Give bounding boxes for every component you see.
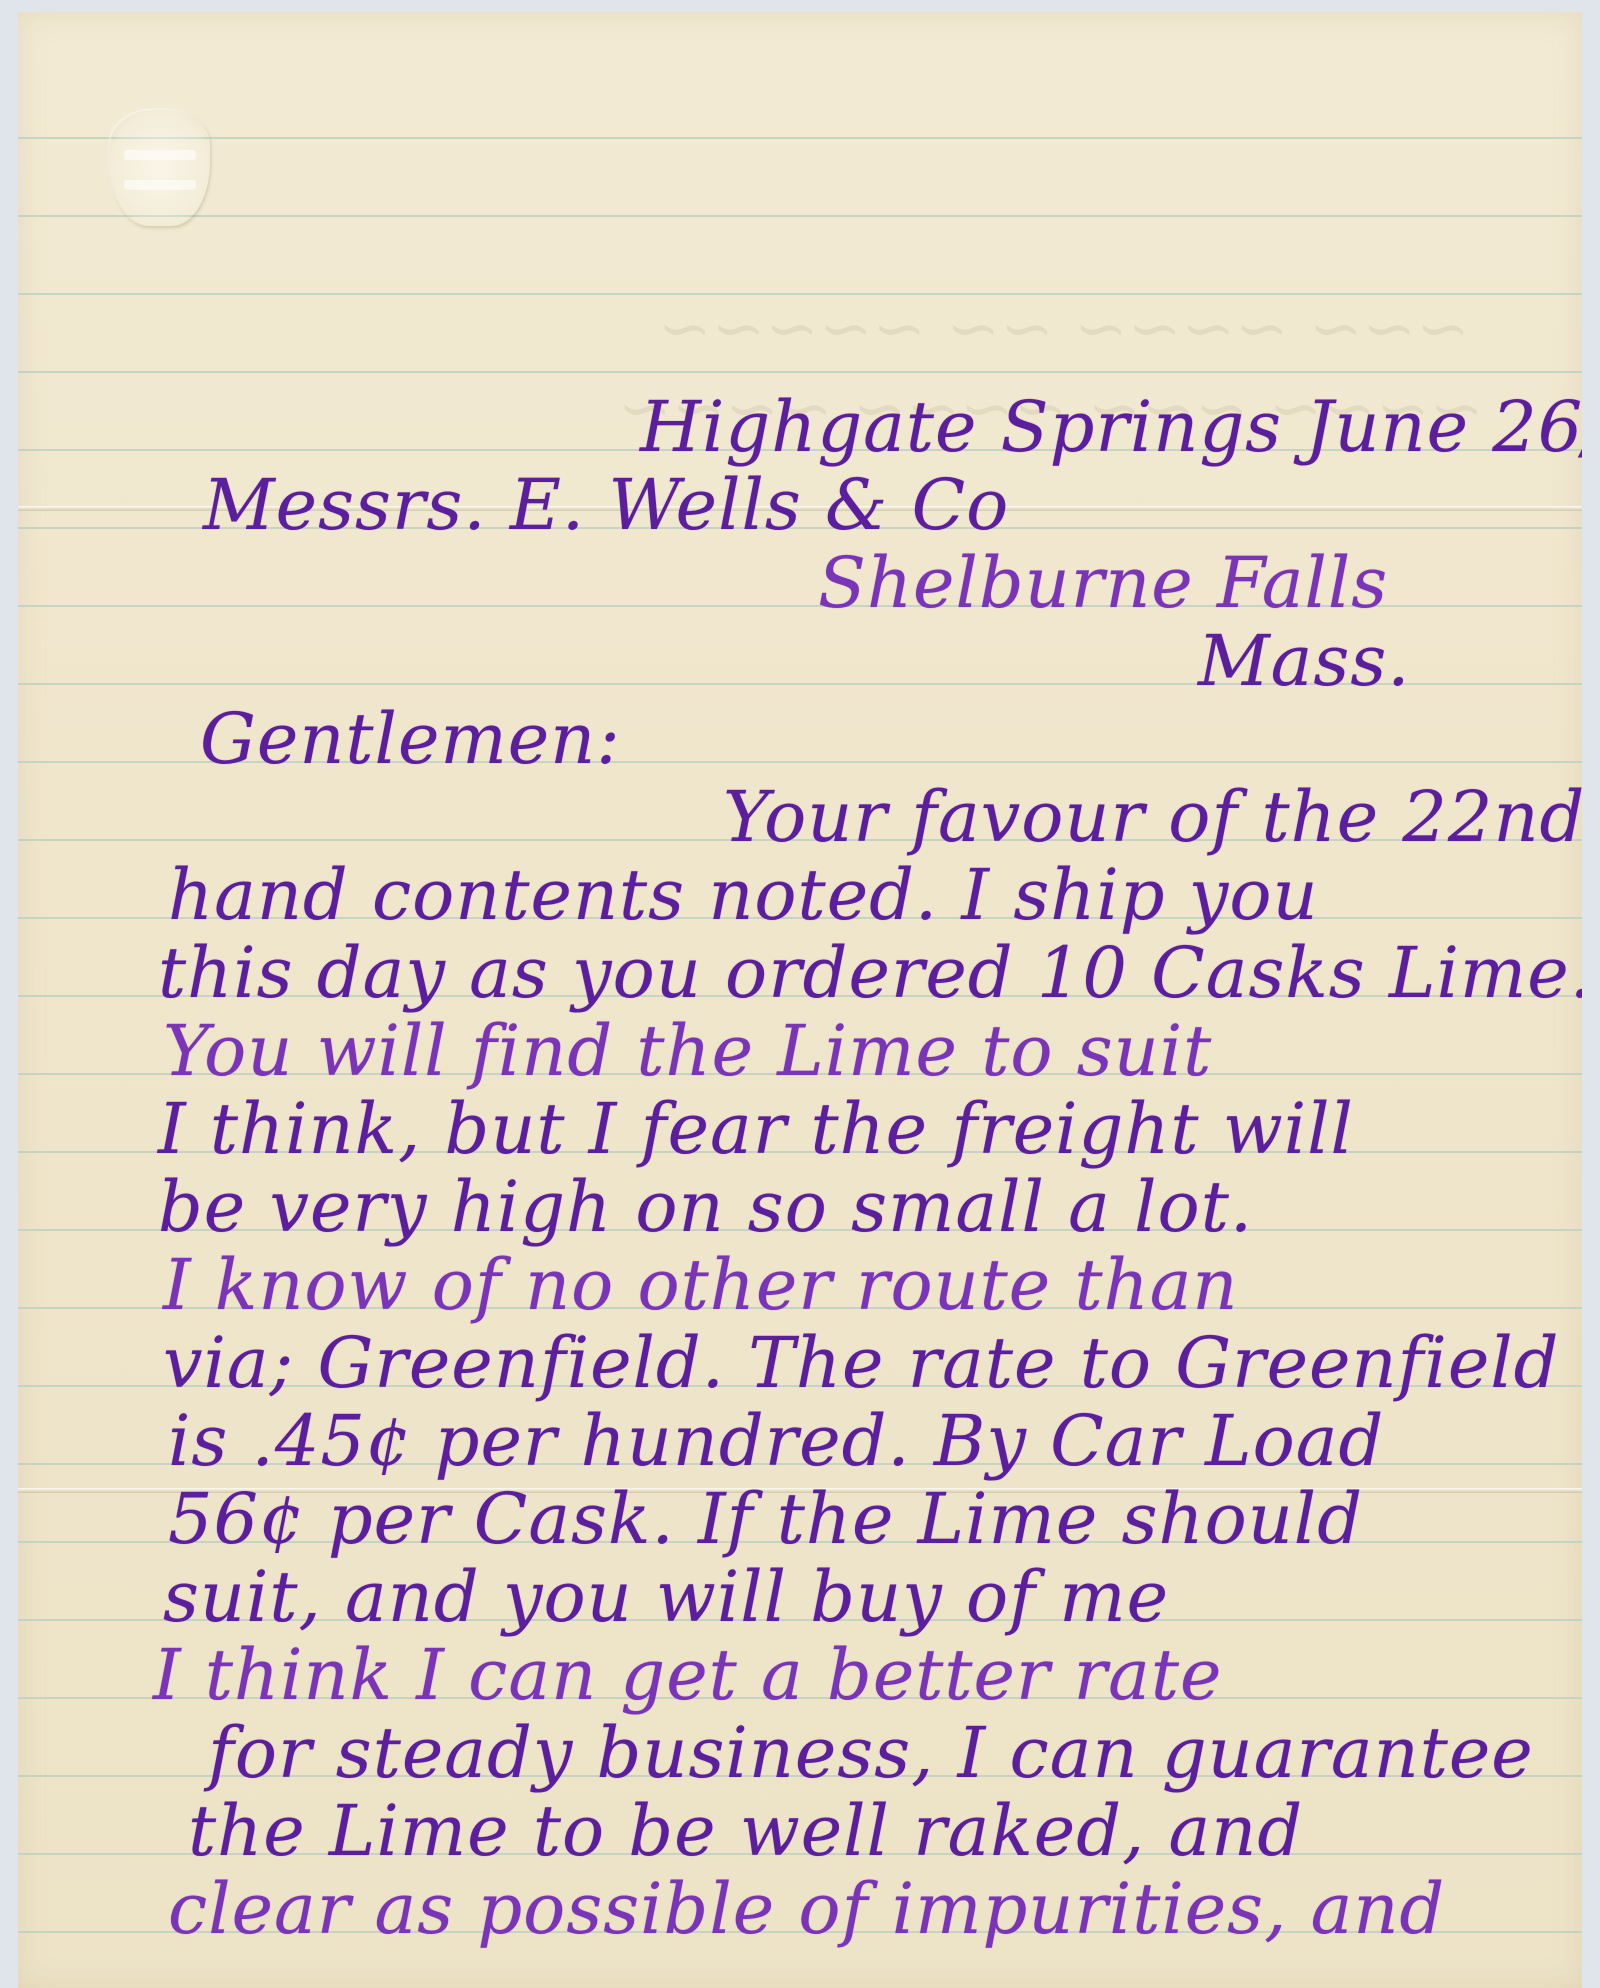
ruled-line (18, 215, 1582, 217)
body-line: via; Greenfield. The rate to Greenfield (163, 1328, 1559, 1398)
dateline: Highgate Springs June 26/72 (640, 392, 1582, 462)
addressee-state: Mass. (1198, 626, 1411, 696)
body-line: I think I can get a better rate (153, 1640, 1222, 1710)
body-line: hand contents noted. I ship you (168, 860, 1319, 930)
salutation: Gentlemen: (200, 704, 621, 774)
bleed-through-text: ​~~~ ~~~~ ~~ ~~~~~ (658, 292, 1470, 366)
letter-page: ​~~~ ~~~~ ~~ ~~~~~ ​~~~~ ~~~ ~~~~ ~~~~ H… (18, 12, 1582, 1988)
body-line: You will find the Lime to suit (163, 1016, 1212, 1086)
body-line: this day as you ordered 10 Casks Lime. (158, 938, 1582, 1008)
ruled-line (18, 137, 1582, 139)
body-line: 56¢ per Cask. If the Lime should (168, 1484, 1363, 1554)
body-line: be very high on so small a lot. (158, 1172, 1253, 1242)
body-line: I know of no other route than (163, 1250, 1239, 1320)
embossed-stamp-icon (110, 110, 210, 226)
body-line: the Lime to be well raked, and (188, 1796, 1303, 1866)
body-line: suit, and you will buy of me (163, 1562, 1169, 1632)
body-line: for steady business, I can guarantee (208, 1718, 1534, 1788)
body-line: Your favour of the 22nd at (723, 782, 1582, 852)
addressee-name: Messrs. E. Wells & Co (203, 470, 1009, 540)
addressee-city: Shelburne Falls (818, 548, 1388, 618)
body-line: clear as possible of impurities, and (168, 1874, 1445, 1944)
body-line: is .45¢ per hundred. By Car Load (168, 1406, 1384, 1476)
body-line: I think, but I fear the freight will (158, 1094, 1354, 1164)
